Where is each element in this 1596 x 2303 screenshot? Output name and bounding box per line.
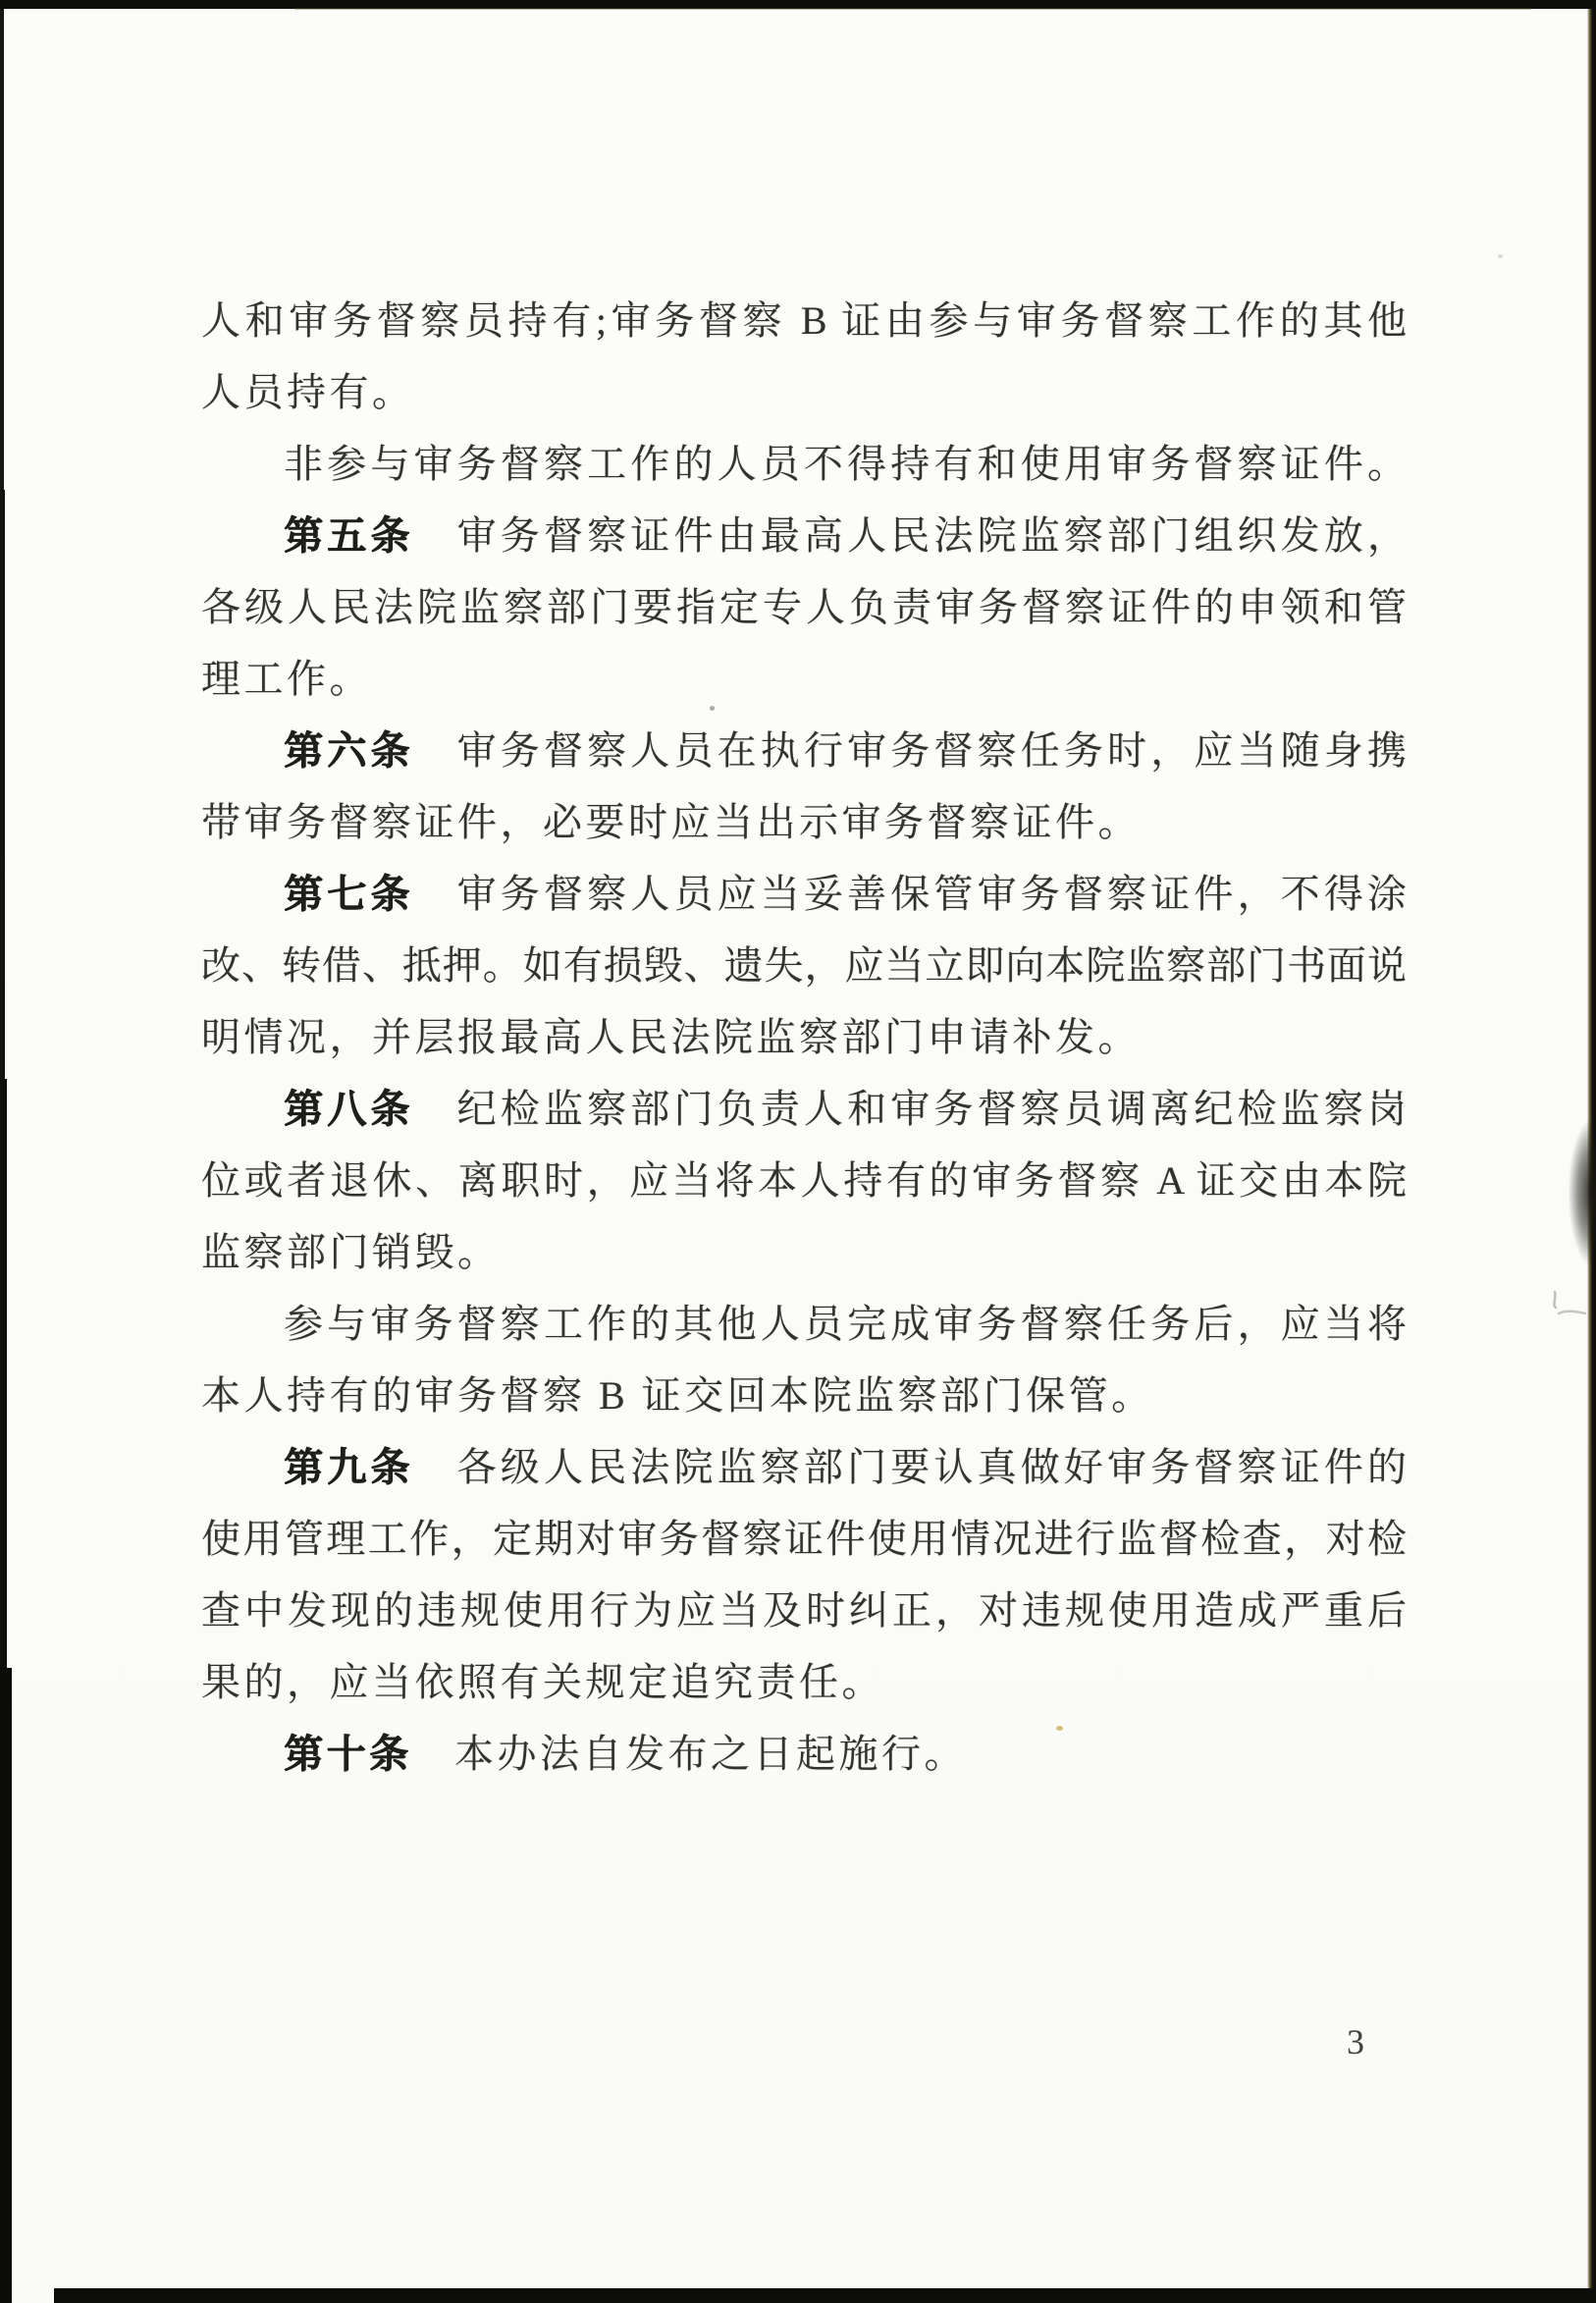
article-number: 第九条: [284, 1446, 413, 1489]
article-line: 第六条 审务督察人员在执行审务督察任务时，应当随身携: [201, 715, 1407, 786]
article-line: 第八条 纪检监察部门负责人和审务督察员调离纪检监察岗: [201, 1073, 1407, 1145]
text-line: 改、转借、抵押。如有损毁、遗失，应当立即向本院监察部门书面说: [201, 930, 1407, 1001]
article-line: 第七条 审务督察人员应当妥善保管审务督察证件，不得涂: [201, 858, 1407, 930]
scanned-document-page: 人和审务督察员持有;审务督察 B 证由参与审务督察工作的其他人员持有。非参与审务…: [0, 0, 1596, 2303]
scan-edge-left: [0, 9, 4, 490]
text-line: 监察部门销毁。: [201, 1216, 1407, 1288]
scan-edge-right-curl: [1569, 1119, 1596, 1266]
text-line: 位或者退休、离职时，应当将本人持有的审务督察 A 证交由本院: [201, 1145, 1407, 1216]
article-number: 第五条: [284, 514, 413, 558]
text-line: 使用管理工作，定期对审务督察证件使用情况进行监督检查，对检: [201, 1503, 1407, 1575]
text-line: 果的，应当依照有关规定追究责任。: [201, 1646, 1407, 1718]
text-line: 本人持有的审务督察 B 证交回本院监察部门保管。: [201, 1360, 1407, 1431]
scan-edge-left: [0, 1079, 7, 1668]
article-number: 第六条: [284, 729, 413, 773]
text-line: 人和审务督察员持有;审务督察 B 证由参与审务督察工作的其他: [201, 285, 1407, 356]
text-line: 各级人民法院监察部门要指定专人负责审务督察证件的申领和管: [201, 571, 1407, 643]
scan-edge-left: [0, 1668, 12, 2303]
text-line: 明情况，并层报最高人民法院监察部门申请补发。: [201, 1001, 1407, 1073]
text-line: 理工作。: [201, 643, 1407, 715]
scan-edge-left: [0, 490, 5, 1079]
page-number: 3: [1347, 2022, 1364, 2062]
pen-mark: [1543, 1288, 1590, 1325]
text-line: 人员持有。: [201, 356, 1407, 428]
text-line: 带审务督察证件，必要时应当出示审务督察证件。: [201, 786, 1407, 858]
scan-edge-bottom: [54, 2288, 1596, 2303]
article-number: 第七条: [284, 873, 413, 916]
article-number: 第八条: [284, 1088, 413, 1131]
scan-edge-top-tint: [294, 8, 1531, 10]
article-line: 第十条 本办法自发布之日起施行。: [201, 1718, 1407, 1790]
scan-speck: [1498, 254, 1503, 258]
article-line: 第九条 各级人民法院监察部门要认真做好审务督察证件的: [201, 1431, 1407, 1503]
text-line: 非参与审务督察工作的人员不得持有和使用审务督察证件。: [201, 428, 1407, 500]
document-body: 人和审务督察员持有;审务督察 B 证由参与审务督察工作的其他人员持有。非参与审务…: [201, 285, 1407, 1790]
article-line: 第五条 审务督察证件由最高人民法院监察部门组织发放，: [201, 500, 1407, 571]
text-line: 参与审务督察工作的其他人员完成审务督察任务后，应当将: [201, 1288, 1407, 1360]
text-line: 查中发现的违规使用行为应当及时纠正，对违规使用造成严重后: [201, 1575, 1407, 1646]
article-number: 第十条: [284, 1733, 412, 1776]
